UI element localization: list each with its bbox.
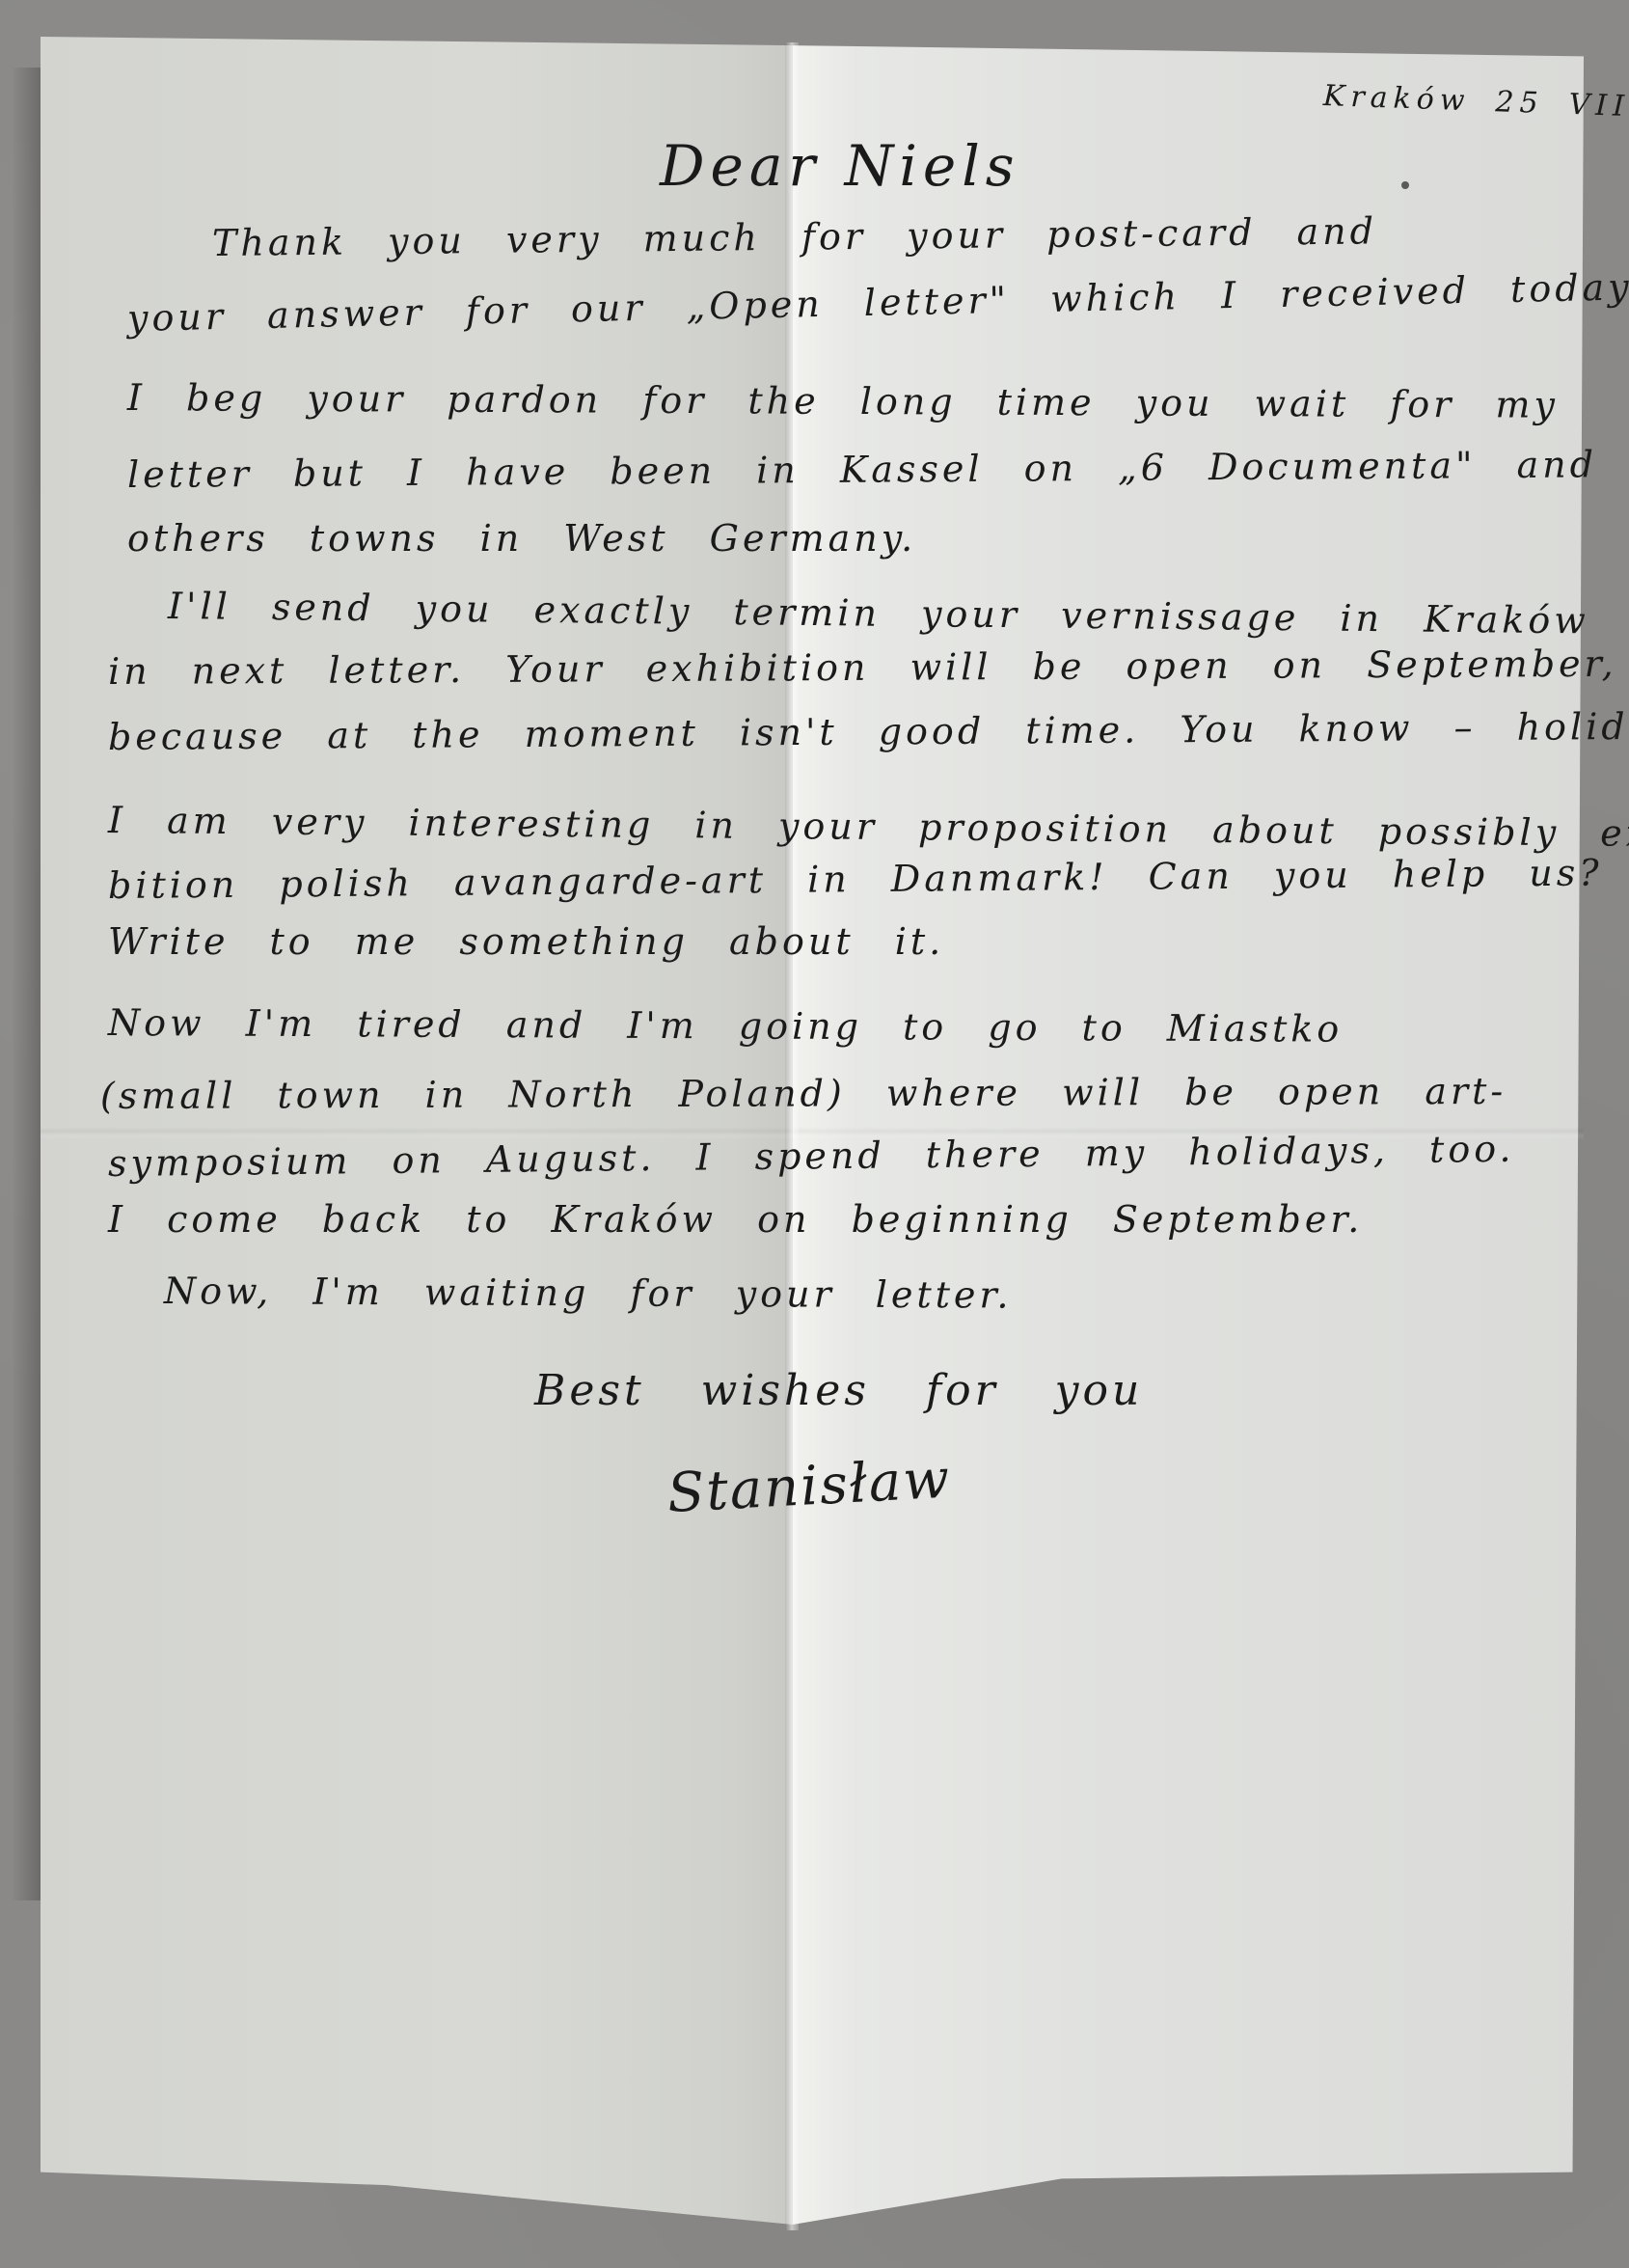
body-line: Now, I'm waiting for your letter. <box>164 1270 1013 1317</box>
closing: Best wishes for you <box>534 1366 1143 1415</box>
body-line: others towns in West Germany. <box>127 517 916 560</box>
paper-speck <box>1401 181 1409 189</box>
body-line: (small town in North Poland) where will … <box>100 1070 1507 1117</box>
body-line: Write to me something about it. <box>108 920 944 963</box>
date-day: 25 <box>1495 85 1544 121</box>
body-line: in next letter. Your exhibition will be … <box>108 642 1617 693</box>
salutation: Dear Niels <box>660 133 1020 199</box>
body-line: Now I'm tired and I'm going to go to Mia… <box>108 1001 1343 1051</box>
letter-paper: Kraków25VII77 Dear Niels Thank you very … <box>41 37 1584 2225</box>
date-month: VII <box>1568 88 1629 123</box>
body-line: I come back to Kraków on beginning Septe… <box>108 1198 1363 1241</box>
table-shadow <box>12 68 44 1900</box>
body-line: I beg your pardon for the long time you … <box>127 376 1559 426</box>
place: Kraków <box>1322 79 1471 118</box>
